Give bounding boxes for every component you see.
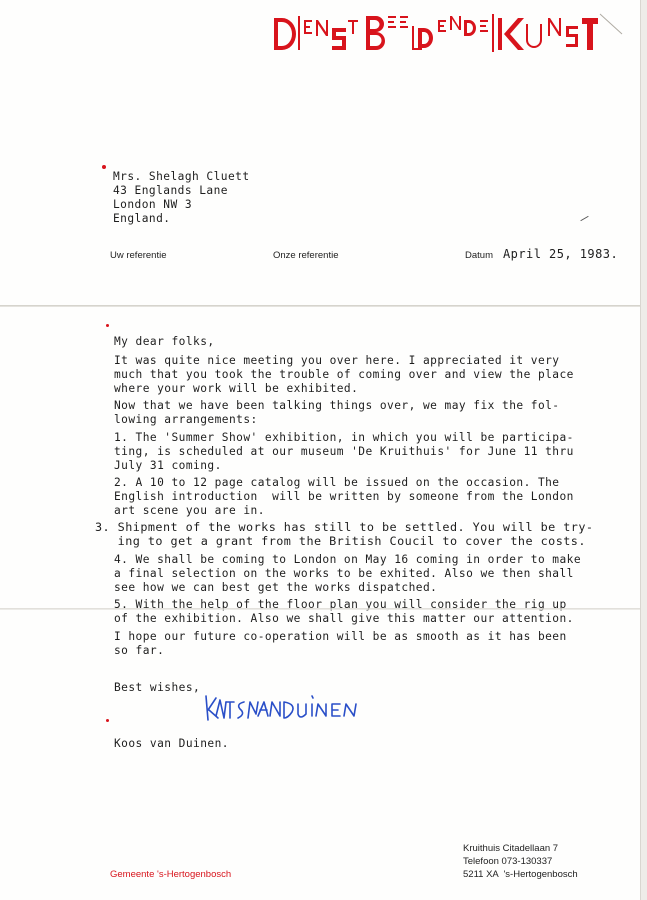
- item-2-catalog: 2. A 10 to 12 page catalog will be issue…: [114, 476, 574, 517]
- letterhead-logo: [272, 8, 644, 60]
- address-postcode: 5211 XA 's-Hertogenbosch: [463, 868, 578, 881]
- recipient-country: England.: [113, 212, 170, 226]
- closing: Best wishes,: [114, 681, 200, 695]
- recipient-name: Mrs. Shelagh Cluett: [113, 170, 250, 184]
- dienst-beeldende-kunst-logo-icon: [272, 8, 644, 60]
- letter-page: Mrs. Shelagh Cluett 43 Englands Lane Lon…: [0, 0, 640, 900]
- our-reference-label: Onze referentie: [273, 250, 338, 261]
- registration-mark: [106, 324, 109, 327]
- your-reference-label: Uw referentie: [110, 250, 167, 261]
- signature-icon: [200, 690, 360, 730]
- paper-fold-line: [0, 305, 640, 307]
- address-street: Kruithuis Citadellaan 7: [463, 842, 558, 855]
- registration-mark: [106, 719, 109, 722]
- recipient-city: London NW 3: [113, 198, 192, 212]
- paragraph-closing: I hope our future co-operation will be a…: [114, 630, 567, 658]
- date-label: Datum: [465, 250, 493, 261]
- handwritten-signature: [200, 690, 360, 734]
- date-value: April 25, 1983.: [503, 247, 618, 261]
- signer-name: Koos van Duinen.: [114, 737, 229, 751]
- recipient-street: 43 Englands Lane: [113, 184, 228, 198]
- municipality-label: Gemeente 's-Hertogenbosch: [110, 868, 231, 881]
- item-4-visit: 4. We shall be coming to London on May 1…: [114, 553, 581, 594]
- pen-mark: [580, 216, 588, 221]
- registration-mark: [102, 165, 106, 169]
- item-1-summer-show: 1. The 'Summer Show' exhibition, in whic…: [114, 431, 574, 472]
- paragraph-arrangements: Now that we have been talking things ove…: [114, 399, 560, 427]
- item-5-floor-plan: 5. With the help of the floor plan you w…: [114, 598, 574, 626]
- paper-fold-line: [0, 608, 640, 610]
- item-3-shipment: 3. Shipment of the works has still to be…: [95, 521, 593, 549]
- address-phone: Telefoon 073-130337: [463, 855, 552, 868]
- salutation: My dear folks,: [114, 335, 215, 349]
- paper-edge: [640, 0, 647, 900]
- paragraph-intro: It was quite nice meeting you over here.…: [114, 354, 574, 395]
